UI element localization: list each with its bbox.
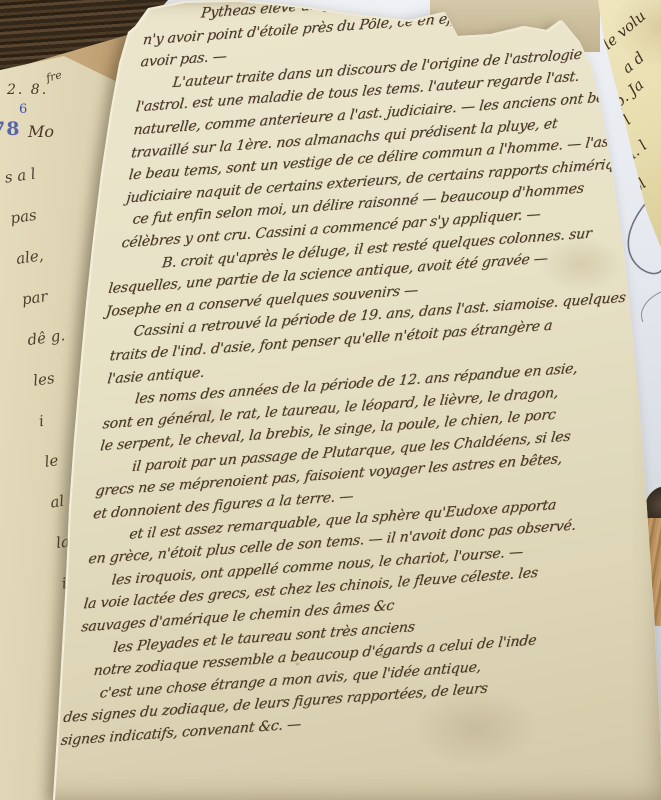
ink-mark-2-8: 2. 8. — [7, 82, 48, 98]
underlay-ink-fragment: Mo — [28, 122, 54, 141]
blue-stamp-78: 78 — [0, 118, 20, 140]
blue-number-6: 6 — [19, 102, 27, 117]
manuscript-text: Pytheas eleve un gnomon a Marseille. il … — [60, 0, 661, 753]
manuscript-photo: fre 2. 8. 6 78 Mo s a lpasale,pardê g.le… — [0, 0, 661, 800]
